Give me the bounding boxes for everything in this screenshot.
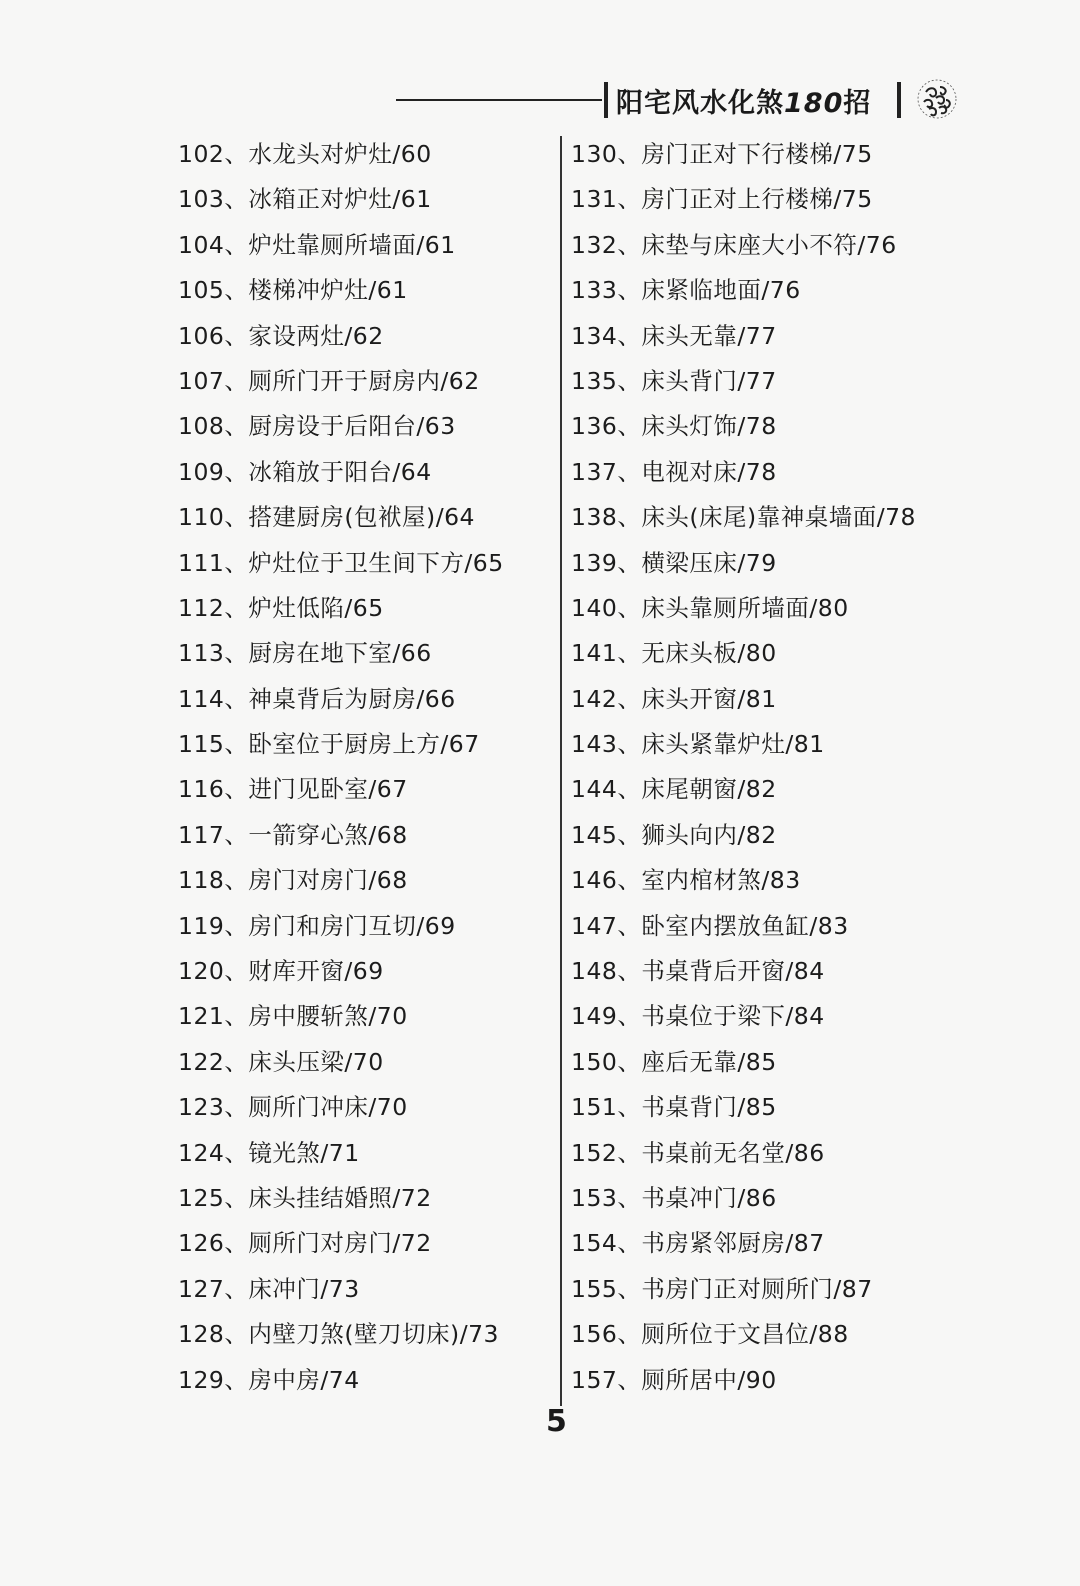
- toc-entry[interactable]: 102、水龙头对炉灶/60: [178, 136, 504, 181]
- toc-entry[interactable]: 120、财库开窗/69: [178, 953, 504, 998]
- toc-entry[interactable]: 118、房门对房门/68: [178, 862, 504, 907]
- toc-entry[interactable]: 109、冰箱放于阳台/64: [178, 454, 504, 499]
- toc-entry[interactable]: 153、书桌冲门/86: [571, 1180, 916, 1225]
- header-rule: [396, 99, 602, 101]
- toc-entry[interactable]: 105、楼梯冲炉灶/61: [178, 272, 504, 317]
- toc-entry[interactable]: 115、卧室位于厨房上方/67: [178, 726, 504, 771]
- toc-entry[interactable]: 110、搭建厨房(包袱屋)/64: [178, 499, 504, 544]
- toc-entry[interactable]: 129、房中房/74: [178, 1362, 504, 1407]
- toc-entry[interactable]: 119、房门和房门互切/69: [178, 908, 504, 953]
- toc-entry[interactable]: 122、床头压梁/70: [178, 1044, 504, 1089]
- book-title: 阳宅风水化煞180招: [616, 81, 871, 120]
- toc-entry[interactable]: 134、床头无靠/77: [571, 318, 916, 363]
- column-divider: [560, 136, 562, 1406]
- toc-entry[interactable]: 144、床尾朝窗/82: [571, 771, 916, 816]
- toc-entry[interactable]: 157、厕所居中/90: [571, 1362, 916, 1407]
- toc-entry[interactable]: 148、书桌背后开窗/84: [571, 953, 916, 998]
- toc-entry[interactable]: 135、床头背门/77: [571, 363, 916, 408]
- toc-entry[interactable]: 117、一箭穿心煞/68: [178, 817, 504, 862]
- toc-entry[interactable]: 140、床头靠厕所墙面/80: [571, 590, 916, 635]
- book-title-number: 180: [784, 88, 843, 119]
- toc-entry[interactable]: 131、房门正对上行楼梯/75: [571, 181, 916, 226]
- toc-entry[interactable]: 124、镜光煞/71: [178, 1135, 504, 1180]
- toc-entry[interactable]: 128、内壁刀煞(壁刀切床)/73: [178, 1316, 504, 1361]
- toc-entry[interactable]: 141、无床头板/80: [571, 635, 916, 680]
- toc-entry[interactable]: 106、家设两灶/62: [178, 318, 504, 363]
- toc-entry[interactable]: 114、神桌背后为厨房/66: [178, 681, 504, 726]
- toc-right-column: 130、房门正对下行楼梯/75 131、房门正对上行楼梯/75 132、床垫与床…: [571, 136, 916, 1407]
- toc-entry[interactable]: 111、炉灶位于卫生间下方/65: [178, 545, 504, 590]
- toc-entry[interactable]: 113、厨房在地下室/66: [178, 635, 504, 680]
- toc-entry[interactable]: 150、座后无靠/85: [571, 1044, 916, 1089]
- toc-entry[interactable]: 103、冰箱正对炉灶/61: [178, 181, 504, 226]
- book-title-prefix: 阳宅风水化煞: [616, 88, 784, 119]
- toc-entry[interactable]: 104、炉灶靠厕所墙面/61: [178, 227, 504, 272]
- toc-entry[interactable]: 112、炉灶低陷/65: [178, 590, 504, 635]
- header-bar-left: [604, 82, 608, 118]
- toc-entry[interactable]: 143、床头紧靠炉灶/81: [571, 726, 916, 771]
- toc-entry[interactable]: 138、床头(床尾)靠神桌墙面/78: [571, 499, 916, 544]
- toc-entry[interactable]: 137、电视对床/78: [571, 454, 916, 499]
- toc-entry[interactable]: 142、床头开窗/81: [571, 681, 916, 726]
- toc-entry[interactable]: 146、室内棺材煞/83: [571, 862, 916, 907]
- toc-entry[interactable]: 132、床垫与床座大小不符/76: [571, 227, 916, 272]
- running-header: 阳宅风水化煞180招: [0, 78, 1080, 122]
- toc-entry[interactable]: 108、厨房设于后阳台/63: [178, 408, 504, 453]
- toc-entry[interactable]: 136、床头灯饰/78: [571, 408, 916, 453]
- book-title-suffix: 招: [843, 88, 871, 119]
- toc-entry[interactable]: 123、厕所门冲床/70: [178, 1089, 504, 1134]
- toc-entry[interactable]: 127、床冲门/73: [178, 1271, 504, 1316]
- toc-entry[interactable]: 133、床紧临地面/76: [571, 272, 916, 317]
- toc-entry[interactable]: 145、狮头向内/82: [571, 817, 916, 862]
- toc-entry[interactable]: 121、房中腰斩煞/70: [178, 998, 504, 1043]
- toc-entry[interactable]: 116、进门见卧室/67: [178, 771, 504, 816]
- ornament-icon: [916, 78, 958, 120]
- toc-entry[interactable]: 152、书桌前无名堂/86: [571, 1135, 916, 1180]
- page-number: 5: [546, 1404, 567, 1439]
- toc-left-column: 102、水龙头对炉灶/60 103、冰箱正对炉灶/61 104、炉灶靠厕所墙面/…: [178, 136, 504, 1407]
- header-bar-right: [897, 82, 901, 118]
- toc-entry[interactable]: 154、书房紧邻厨房/87: [571, 1225, 916, 1270]
- toc-entry[interactable]: 139、横梁压床/79: [571, 545, 916, 590]
- toc-entry[interactable]: 126、厕所门对房门/72: [178, 1225, 504, 1270]
- toc-entry[interactable]: 130、房门正对下行楼梯/75: [571, 136, 916, 181]
- toc-entry[interactable]: 107、厕所门开于厨房内/62: [178, 363, 504, 408]
- toc-entry[interactable]: 151、书桌背门/85: [571, 1089, 916, 1134]
- toc-entry[interactable]: 156、厕所位于文昌位/88: [571, 1316, 916, 1361]
- toc-entry[interactable]: 155、书房门正对厕所门/87: [571, 1271, 916, 1316]
- toc-entry[interactable]: 147、卧室内摆放鱼缸/83: [571, 908, 916, 953]
- toc-entry[interactable]: 125、床头挂结婚照/72: [178, 1180, 504, 1225]
- toc-entry[interactable]: 149、书桌位于梁下/84: [571, 998, 916, 1043]
